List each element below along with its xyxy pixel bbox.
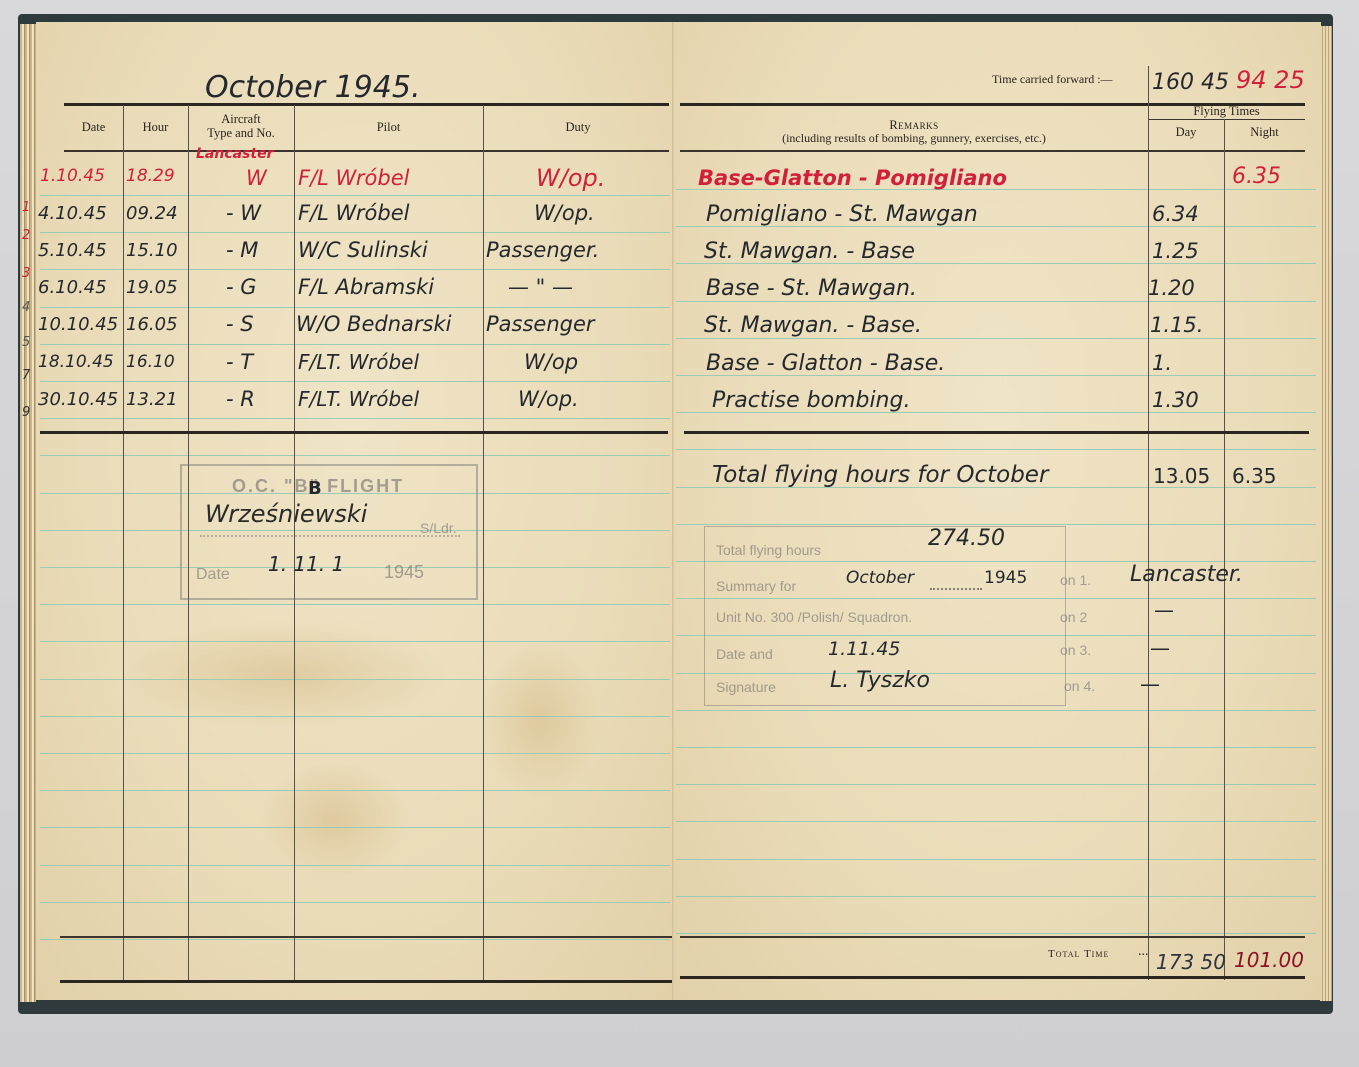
stamp-date-label: Date: [196, 566, 230, 584]
ruled-line: [676, 821, 1316, 822]
ruled-line: [40, 865, 670, 866]
margin-number: 1: [22, 200, 30, 215]
remark-day: 1.: [1152, 351, 1172, 375]
entry-pilot: F/L Wróbel: [298, 201, 410, 225]
type-value: Lancaster.: [1130, 562, 1243, 587]
remark-text: St. Mawgan. - Base: [704, 239, 915, 264]
stamp-flight-letter: B: [308, 478, 322, 499]
margin-number: 3: [22, 266, 30, 281]
entry-pilot: W/O Bednarski: [296, 312, 451, 336]
footer-bottom-rule: [680, 976, 1305, 979]
margin-number: 5: [22, 335, 30, 350]
header-aircraft-line2: Type and No.: [188, 126, 294, 140]
header-bottom-rule: [680, 150, 1305, 152]
entry-aircraft: - T: [226, 350, 253, 374]
entries-end-rule: [40, 431, 668, 434]
remark-day: 6.34: [1152, 202, 1199, 226]
monthly-total-day: 13.05: [1153, 464, 1210, 488]
page-edges-right: [1320, 26, 1332, 1001]
summary-signature: L. Tyszko: [830, 668, 930, 693]
night-column-divider: [1224, 119, 1225, 980]
footer-bottom-rule: [60, 980, 672, 983]
margin-number: 2: [22, 228, 30, 243]
ruled-line: [40, 790, 670, 791]
ruled-line: [40, 232, 670, 233]
ruled-line: [40, 381, 670, 382]
ruled-line: [40, 344, 670, 345]
header-night: Night: [1224, 125, 1305, 139]
footer-rule: [680, 936, 1305, 938]
type-value: —: [1154, 598, 1174, 622]
summary-total-value: 274.50: [928, 526, 1005, 551]
remark-night: 6.35: [1232, 164, 1281, 189]
ruled-line: [676, 301, 1316, 302]
remark-day: 1.15.: [1150, 313, 1203, 337]
summary-year: 1945: [984, 568, 1027, 588]
summary-date-value: 1.11.45: [828, 638, 901, 660]
type-label: on 3.: [1060, 642, 1091, 658]
month-heading: October 1945.: [205, 70, 420, 105]
total-time-night: 101.00: [1234, 948, 1304, 972]
ruled-line: [40, 195, 670, 196]
water-stain: [260, 760, 410, 880]
entry-pilot: W/C Sulinski: [298, 238, 428, 262]
ruled-line: [676, 524, 1316, 525]
water-stain: [480, 640, 600, 800]
stamp-suffix: S/Ldr.: [420, 520, 457, 536]
ruled-line: [676, 449, 1316, 450]
summary-for-label: Summary for: [716, 578, 796, 594]
header-duty: Duty: [483, 120, 673, 134]
time-carried-forward-label: Time carried forward :—: [992, 72, 1113, 87]
entry-pilot: F/L Wróbel: [298, 166, 410, 190]
water-stain: [120, 620, 450, 730]
entries-end-rule: [684, 431, 1309, 434]
entry-aircraft: - S: [226, 312, 254, 336]
total-time-day: 173 50: [1156, 950, 1226, 974]
entry-aircraft: - W: [226, 201, 261, 225]
remark-text: Practise bombing.: [712, 388, 910, 413]
entry-hour: 09.24: [126, 203, 178, 224]
entry-duty: W/op: [524, 350, 578, 374]
entry-hour: 16.05: [126, 314, 178, 335]
ruled-line: [40, 753, 670, 754]
remark-text: Base-Glatton - Pomigliano: [698, 166, 1007, 190]
remark-text: Pomigliano - St. Mawgan: [706, 202, 978, 227]
remark-day: 1.20: [1148, 276, 1195, 300]
column-divider: [123, 105, 124, 980]
carried-forward-day: 160 45: [1152, 70, 1229, 95]
ruled-line: [676, 710, 1316, 711]
entry-duty: W/op.: [518, 387, 579, 411]
entry-duty: W/op.: [536, 164, 605, 192]
header-pilot: Pilot: [294, 120, 483, 134]
ruled-line: [40, 269, 670, 270]
entry-aircraft: - G: [226, 275, 257, 299]
margin-number: 7: [22, 368, 30, 383]
entry-date: 30.10.45: [38, 389, 118, 410]
header-bottom-rule: [64, 150, 669, 152]
type-label: on 4.: [1064, 678, 1095, 694]
type-value: —: [1150, 636, 1170, 660]
ruled-line: [676, 859, 1316, 860]
header-aircraft-line1: Aircraft: [188, 112, 294, 126]
margin-number: 9: [22, 405, 30, 420]
ruled-line: [676, 933, 1316, 934]
summary-total-label: Total flying hours: [716, 542, 821, 558]
entry-aircraft: - M: [226, 238, 258, 262]
ruled-line: [676, 784, 1316, 785]
ruled-line: [40, 455, 670, 456]
summary-signature-label: Signature: [716, 679, 776, 695]
page-edges-left: [20, 24, 36, 1002]
ruled-line: [40, 679, 670, 680]
total-time-dots: ...: [1138, 944, 1149, 960]
entry-pilot: F/L Abramski: [298, 275, 434, 299]
stamp-signature: Wrześniewski: [205, 500, 367, 528]
column-divider: [483, 105, 484, 980]
ruled-line: [40, 307, 670, 308]
entry-duty: W/op.: [534, 201, 595, 225]
ruled-line: [40, 716, 670, 717]
remark-text: Base - Glatton - Base.: [706, 351, 945, 376]
header-remarks: Remarks: [680, 118, 1148, 132]
entry-hour: 16.10: [126, 352, 175, 372]
remark-text: Base - St. Mawgan.: [706, 276, 917, 301]
summary-month: October: [846, 568, 914, 588]
ruled-line: [40, 939, 670, 940]
summary-date-label: Date and: [716, 646, 773, 662]
remark-day: 1.25: [1152, 239, 1199, 263]
entry-hour: 15.10: [126, 240, 178, 261]
ruled-line: [40, 827, 670, 828]
remark-day: 1.30: [1152, 388, 1199, 412]
entry-pilot: F/LT. Wróbel: [298, 387, 419, 411]
ruled-line: [40, 641, 670, 642]
margin-number: 4: [22, 300, 30, 315]
ruled-line: [676, 338, 1316, 339]
entry-aircraft: - R: [226, 387, 255, 411]
flying-times-rule: [1148, 119, 1305, 120]
entry-duty: Passenger: [486, 312, 595, 336]
type-label: on 1.: [1060, 572, 1091, 588]
entry-hour: 18.29: [126, 166, 175, 186]
entry-date: 10.10.45: [38, 314, 118, 335]
footer-rule: [60, 936, 672, 938]
ruled-line: [40, 418, 670, 419]
header-hour: Hour: [123, 120, 188, 134]
header-date: Date: [64, 120, 123, 134]
header-remarks-sub: (including results of bombing, gunnery, …: [680, 131, 1148, 145]
remark-text: St. Mawgan. - Base.: [704, 313, 922, 338]
ruled-line: [676, 896, 1316, 897]
summary-unit: Unit No. 300 /Polish/ Squadron.: [716, 609, 912, 625]
stamp-date-value: 1. 11. 1: [268, 552, 344, 576]
header-top-rule: [64, 103, 669, 106]
carried-forward-night: 94 25: [1236, 66, 1305, 94]
header-day: Day: [1148, 125, 1224, 139]
entry-aircraft: W: [246, 166, 267, 190]
summary-dotted-line: [930, 588, 982, 590]
entry-pilot: F/LT. Wróbel: [298, 350, 419, 374]
monthly-total-label: Total flying hours for October: [712, 462, 1048, 488]
type-value: —: [1140, 672, 1160, 696]
entry-date: 18.10.45: [38, 352, 114, 372]
entry-duty: Passenger.: [486, 238, 599, 262]
header-flying-times: Flying Times: [1148, 104, 1305, 118]
entry-date: 5.10.45: [38, 240, 107, 261]
monthly-total-night: 6.35: [1232, 464, 1277, 488]
entry-hour: 19.05: [126, 277, 178, 298]
ruled-line: [40, 604, 670, 605]
total-time-label: Total Time: [1048, 948, 1109, 960]
aircraft-type-note: Lancaster: [196, 146, 274, 162]
ruled-line: [40, 902, 670, 903]
entry-date: 4.10.45: [38, 203, 107, 224]
entry-date: 1.10.45: [40, 166, 105, 186]
entry-date: 6.10.45: [38, 277, 107, 298]
stamp-signature-line: [200, 535, 460, 537]
type-label: on 2: [1060, 609, 1087, 625]
entry-hour: 13.21: [126, 389, 178, 410]
ruled-line: [676, 747, 1316, 748]
stamp-year: 1945: [384, 562, 424, 583]
day-column-divider: [1148, 66, 1149, 980]
entry-duty: — " —: [508, 275, 573, 299]
